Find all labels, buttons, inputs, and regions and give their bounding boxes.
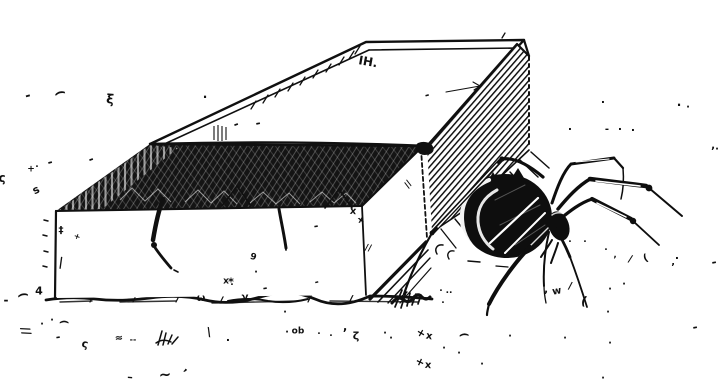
grass-tuft-left	[156, 331, 178, 345]
corner-mark-left	[43, 220, 48, 267]
leg-r2-femur	[558, 179, 590, 209]
leg-r3-tarsus	[633, 221, 659, 245]
box-leg-2-tip	[285, 243, 286, 250]
spider-palps	[541, 240, 558, 263]
sketch-canvas: IH.	[0, 0, 720, 389]
leg-r5-tip	[544, 286, 546, 303]
leg-r4-tip	[570, 257, 587, 307]
leg-r5	[544, 232, 549, 286]
tray-front-face	[56, 206, 366, 298]
leg-r2-tarsus	[649, 188, 682, 216]
matchbox-spider-drawing: IH.	[0, 0, 720, 389]
matchbox-tray	[55, 143, 431, 303]
abdomen-bump-2	[511, 168, 524, 179]
leg-r1-tip	[614, 158, 623, 168]
leg-l2-tip	[487, 304, 489, 315]
tray-left-edge	[55, 211, 56, 298]
